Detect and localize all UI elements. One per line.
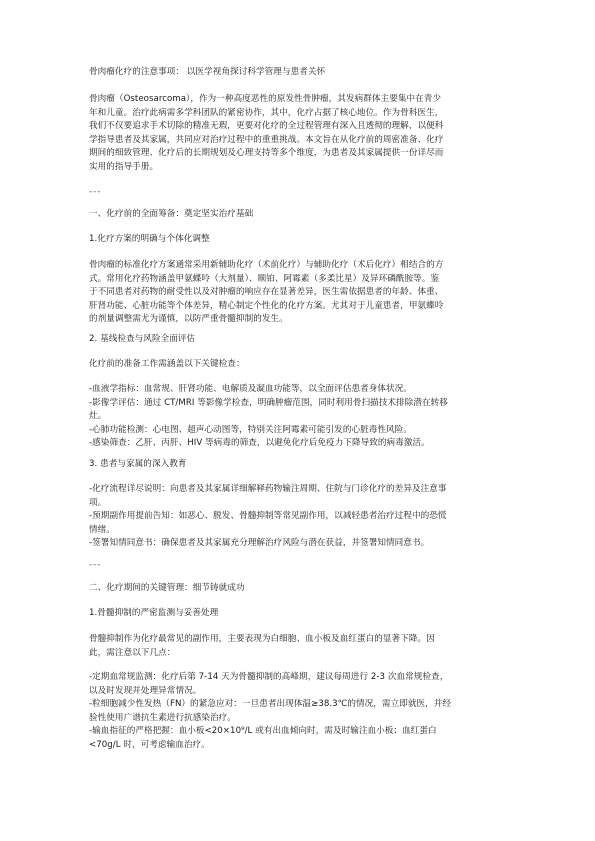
list-item: 验性使用广谱抗生素进行抗感染治疗。: [89, 712, 509, 726]
list-item: -定期血常规监测：化疗后第 7-14 天为骨髓抑制的高峰期，建议每周进行 2-3…: [89, 671, 509, 685]
text-line: 此，需注意以下几点：: [89, 647, 509, 661]
list-item: -签署知情同意书：确保患者及其家属充分理解治疗风险与潜在获益，并签署知情同意书。: [89, 537, 509, 551]
list-item: -预期副作用提前告知：如恶心、脱发、骨髓抑制等常见副作用，以减轻患者治疗过程中的…: [89, 510, 509, 524]
text-line: 式。常用化疗药物涵盖甲氨蝶呤（大剂量）、顺铂、阿霉素（多柔比星）及异环磷酰胺等。…: [89, 273, 509, 287]
separator: ---: [89, 559, 509, 573]
list-item: -粒细胞减少性发热（FN）的紧急应对：一旦患者出现体温≥38.3℃的情况，需立即…: [89, 698, 509, 712]
section-1-2-lead: 化疗前的准备工作需涵盖以下关键检查：: [89, 358, 509, 372]
section-1-2-list: -血液学指标：血常规、肝肾功能、电解质及凝血功能等，以全面评估患者身体状况。 -…: [89, 383, 509, 451]
document-title: 骨肉瘤化疗的注意事项： 以医学视角探讨科学管理与患者关怀: [89, 66, 509, 80]
list-item: -化疗流程详尽说明：向患者及其家属详细解释药物输注周期、住院与门诊化疗的差异及注…: [89, 483, 509, 497]
section-2-heading: 二、化疗期间的关键管理：细节铸就成功: [89, 582, 509, 596]
list-item: 项。: [89, 497, 509, 511]
section-2-1-list: -定期血常规监测：化疗后第 7-14 天为骨髓抑制的高峰期，建议每周进行 2-3…: [89, 671, 509, 753]
text-line: 的剂量调整需尤为谨慎，以防严重骨髓抑制的发生。: [89, 313, 509, 327]
section-1-2-heading: 2. 基线检查与风险全面评估: [89, 333, 509, 347]
list-item: -感染筛查：乙肝、丙肝、HIV 等病毒的筛查，以避免化疗后免疫力下降导致的病毒激…: [89, 437, 509, 451]
list-item: -影像学评估：通过 CT/MRI 等影像学检查，明确肿瘤范围，同时利用骨扫描技术…: [89, 397, 509, 411]
text-line: 学指导患者及其家属，共同应对治疗过程中的重重挑战。本文旨在从化疗前的周密准备、化…: [89, 134, 509, 148]
section-1-3-heading: 3. 患者与家属的深入教育: [89, 458, 509, 472]
section-1-3-list: -化疗流程详尽说明：向患者及其家属详细解释药物输注周期、住院与门诊化疗的差异及注…: [89, 483, 509, 551]
list-item: 情绪。: [89, 524, 509, 538]
intro-paragraph: 骨肉瘤（Osteosarcoma），作为一种高度恶性的原发性骨肿瘤，其发病群体主…: [89, 93, 509, 175]
list-item: -血液学指标：血常规、肝肾功能、电解质及凝血功能等，以全面评估患者身体状况。: [89, 383, 509, 397]
list-item: -心肺功能检测：心电图、超声心动图等，特别关注阿霉素可能引发的心脏毒性风险。: [89, 424, 509, 438]
separator: ---: [89, 186, 509, 200]
text-line: 实用的指导手册。: [89, 161, 509, 175]
text-line: 于不同患者对药物的耐受性以及对肿瘤的响应存在显著差异，医生需依据患者的年龄、体重…: [89, 286, 509, 300]
list-item: 以及时发现并处理异常情况。: [89, 685, 509, 699]
list-item: <70g/L 时，可考虑输血治疗。: [89, 739, 509, 753]
text-line: 年和儿童。治疗此病需多学科团队的紧密协作，其中，化疗占据了核心地位。作为骨科医生…: [89, 107, 509, 121]
text-line: 骨肉瘤的标准化疗方案通常采用新辅助化疗（术前化疗）与辅助化疗（术后化疗）相结合的…: [89, 259, 509, 273]
text-line: 骨肉瘤（Osteosarcoma），作为一种高度恶性的原发性骨肿瘤，其发病群体主…: [89, 93, 509, 107]
text-line: 我们不仅要追求手术切除的精准无瑕，更要对化疗的全过程管理有深入且透彻的理解，以便…: [89, 120, 509, 134]
section-1-1-body: 骨肉瘤的标准化疗方案通常采用新辅助化疗（术前化疗）与辅助化疗（术后化疗）相结合的…: [89, 259, 509, 327]
text-line: 骨髓抑制作为化疗最常见的副作用，主要表现为白细胞、血小板及血红蛋白的显著下降。因: [89, 633, 509, 647]
section-1-1-heading: 1.化疗方案的明确与个体化调整: [89, 233, 509, 247]
list-item: -输血指征的严格把握：血小板<20×10⁹/L 或有出血倾向时，需及时输注血小板…: [89, 725, 509, 739]
text-line: 期间的细致管理、化疗后的长期规划及心理支持等多个维度，为患者及其家属提供一份详尽…: [89, 147, 509, 161]
section-1-heading: 一、化疗前的全面筹备：奠定坚实治疗基础: [89, 208, 509, 222]
list-item: 灶。: [89, 410, 509, 424]
section-2-1-heading: 1.骨髓抑制的严密监测与妥善处理: [89, 607, 509, 621]
section-2-1-body: 骨髓抑制作为化疗最常见的副作用，主要表现为白细胞、血小板及血红蛋白的显著下降。因…: [89, 633, 509, 660]
text-line: 肝肾功能、心脏功能等个体差异，精心制定个性化的化疗方案。尤其对于儿童患者，甲氨蝶…: [89, 300, 509, 314]
